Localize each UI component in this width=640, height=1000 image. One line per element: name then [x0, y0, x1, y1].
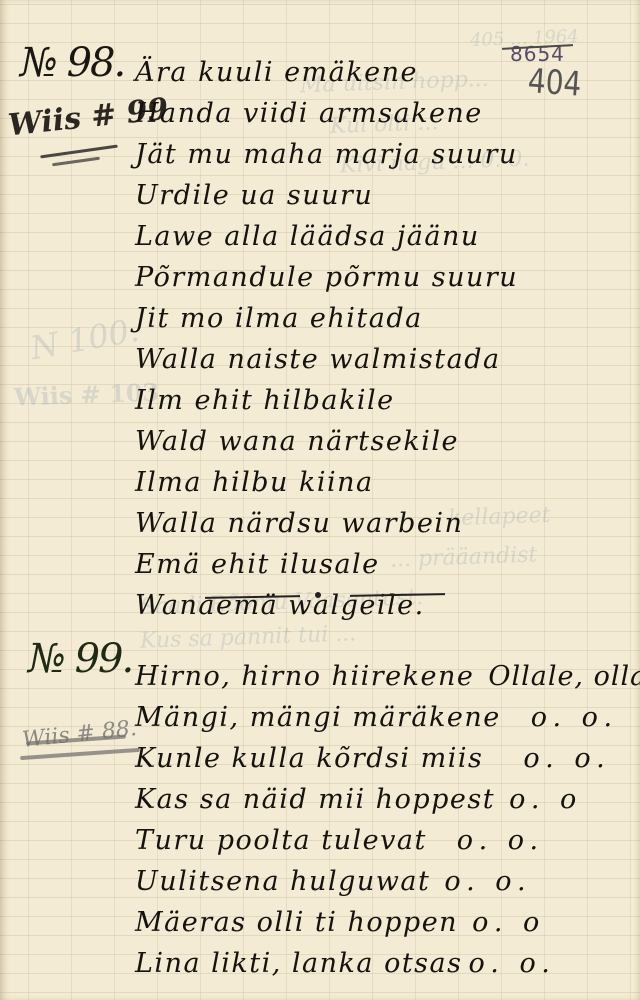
- verse-line: Urdile ua suuru: [135, 175, 518, 216]
- verse-line: Walla naiste walmistada: [135, 339, 518, 380]
- refrain: o. o.: [523, 743, 610, 774]
- song-99-verses: Hirno, hirno hiirekeneOllale, ollale Män…: [135, 656, 640, 984]
- verse-line: Põrmandule põrmu suuru: [135, 257, 518, 298]
- refrain: o. o.: [469, 948, 556, 979]
- verse-line: Turu poolta tulevato. o.: [135, 820, 640, 861]
- refrain: o. o.: [457, 825, 544, 856]
- refrain: o. o.: [531, 702, 618, 733]
- verse-line: Ilma hilbu kiina: [135, 462, 518, 503]
- manuscript-page: 405 ... 1964 Ma uitsin hopp... Kui olti …: [0, 0, 640, 1000]
- verse-line: Mäeras olli ti hoppeno. o: [135, 902, 640, 943]
- verse-line: Walla närdsu warbein: [135, 503, 518, 544]
- refrain: Ollale, ollale: [488, 661, 640, 692]
- verse-line: Jit mo ilma ehitada: [135, 298, 518, 339]
- verse-line: Jät mu maha marja suuru: [135, 134, 518, 175]
- verse-line: Wald wana närtsekile: [135, 421, 518, 462]
- verse-line: Emä ehit ilusale: [135, 544, 518, 585]
- note-underline: [52, 157, 100, 167]
- refrain: o. o.: [444, 866, 531, 897]
- refrain: o. o: [509, 784, 582, 815]
- verse-line: Uulitsena hulguwato. o.: [135, 861, 640, 902]
- verse-line: Ära kuuli emäkene: [135, 52, 518, 93]
- verse-line: Mängi, mängi märäkeneo. o.: [135, 697, 640, 738]
- catalog-number: 404: [527, 61, 583, 104]
- ghost-text: N 100.: [28, 311, 142, 367]
- song-number: № 98.: [20, 40, 124, 86]
- verse-line: Ilm ehit hilbakile: [135, 380, 518, 421]
- ghost-text: Kus sa pannit tui ...: [140, 621, 357, 654]
- song-number: № 99.: [28, 636, 132, 682]
- verse-line: Hirno, hirno hiirekeneOllale, ollale: [135, 656, 640, 697]
- section-end-mark: [205, 590, 525, 602]
- song-98-verses: Ära kuuli emäkene Handa viidi armsakene …: [135, 52, 518, 626]
- note-underline: [40, 145, 118, 159]
- verse-line: Handa viidi armsakene: [135, 93, 518, 134]
- verse-line: Kunle kulla kõrdsi miiso. o.: [135, 738, 640, 779]
- refrain: o. o: [472, 907, 545, 938]
- verse-line: Lina likti, lanka otsaso. o.: [135, 943, 640, 984]
- verse-line: Lawe alla läädsa jäänu: [135, 216, 518, 257]
- verse-line: Kas sa näid mii hoppesto. o: [135, 779, 640, 820]
